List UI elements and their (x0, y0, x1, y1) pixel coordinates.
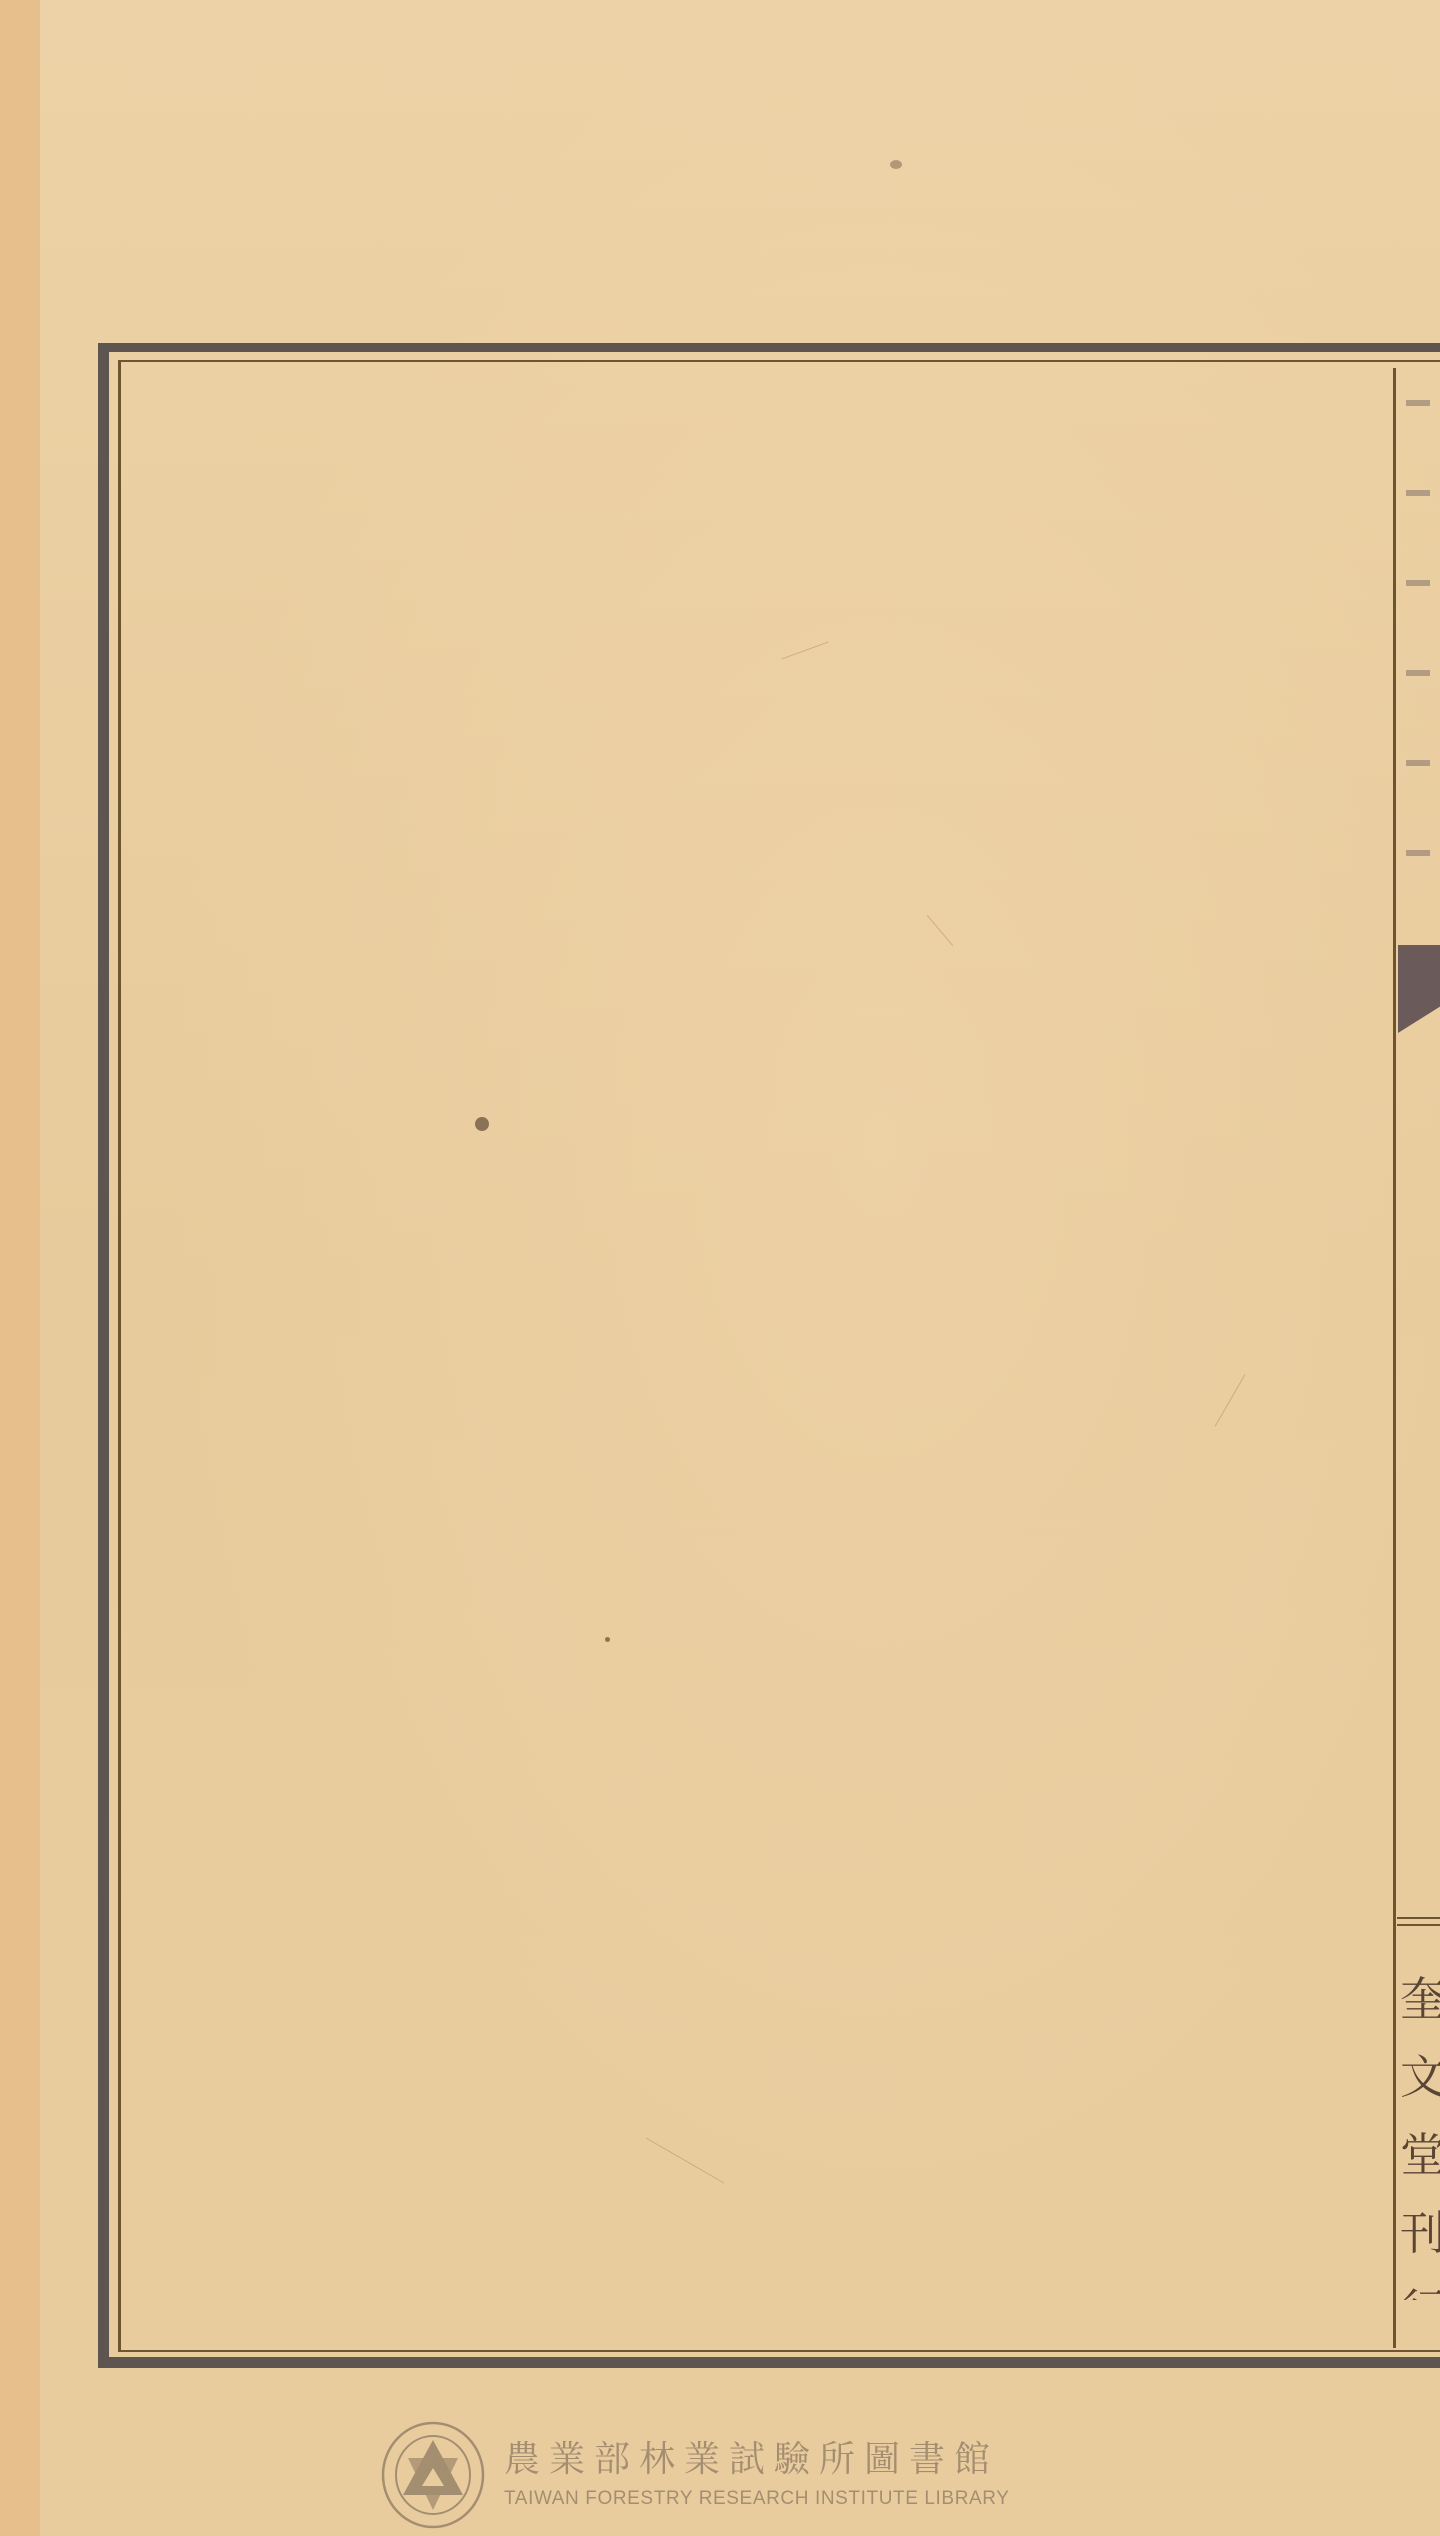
page-border-inner (118, 360, 1440, 2352)
paper-speck (890, 160, 902, 169)
fold-column-publisher: 奎 文 堂 刊 行 (1400, 1960, 1440, 2300)
library-name-chinese: 農業部林業試驗所圖書館 (504, 2436, 1010, 2484)
library-watermark: 農業部林業試驗所圖書館 TAIWAN FORESTRY RESEARCH INS… (378, 2420, 1078, 2530)
fold-column-title (1400, 380, 1440, 940)
fold-column-rule (1397, 1917, 1440, 1919)
publisher-char: 文 (1400, 2038, 1440, 2116)
publisher-char: 奎 (1400, 1960, 1440, 2038)
left-margin-strip (0, 0, 40, 2536)
library-emblem-icon (378, 2420, 488, 2530)
library-name-english: TAIWAN FORESTRY RESEARCH INSTITUTE LIBRA… (504, 2484, 1010, 2514)
fold-column-divider (1393, 368, 1396, 2348)
fold-column-rule (1397, 1924, 1440, 1926)
publisher-char: 行 (1400, 2272, 1440, 2300)
publisher-char: 堂 (1400, 2116, 1440, 2194)
publisher-char: 刊 (1400, 2194, 1440, 2272)
